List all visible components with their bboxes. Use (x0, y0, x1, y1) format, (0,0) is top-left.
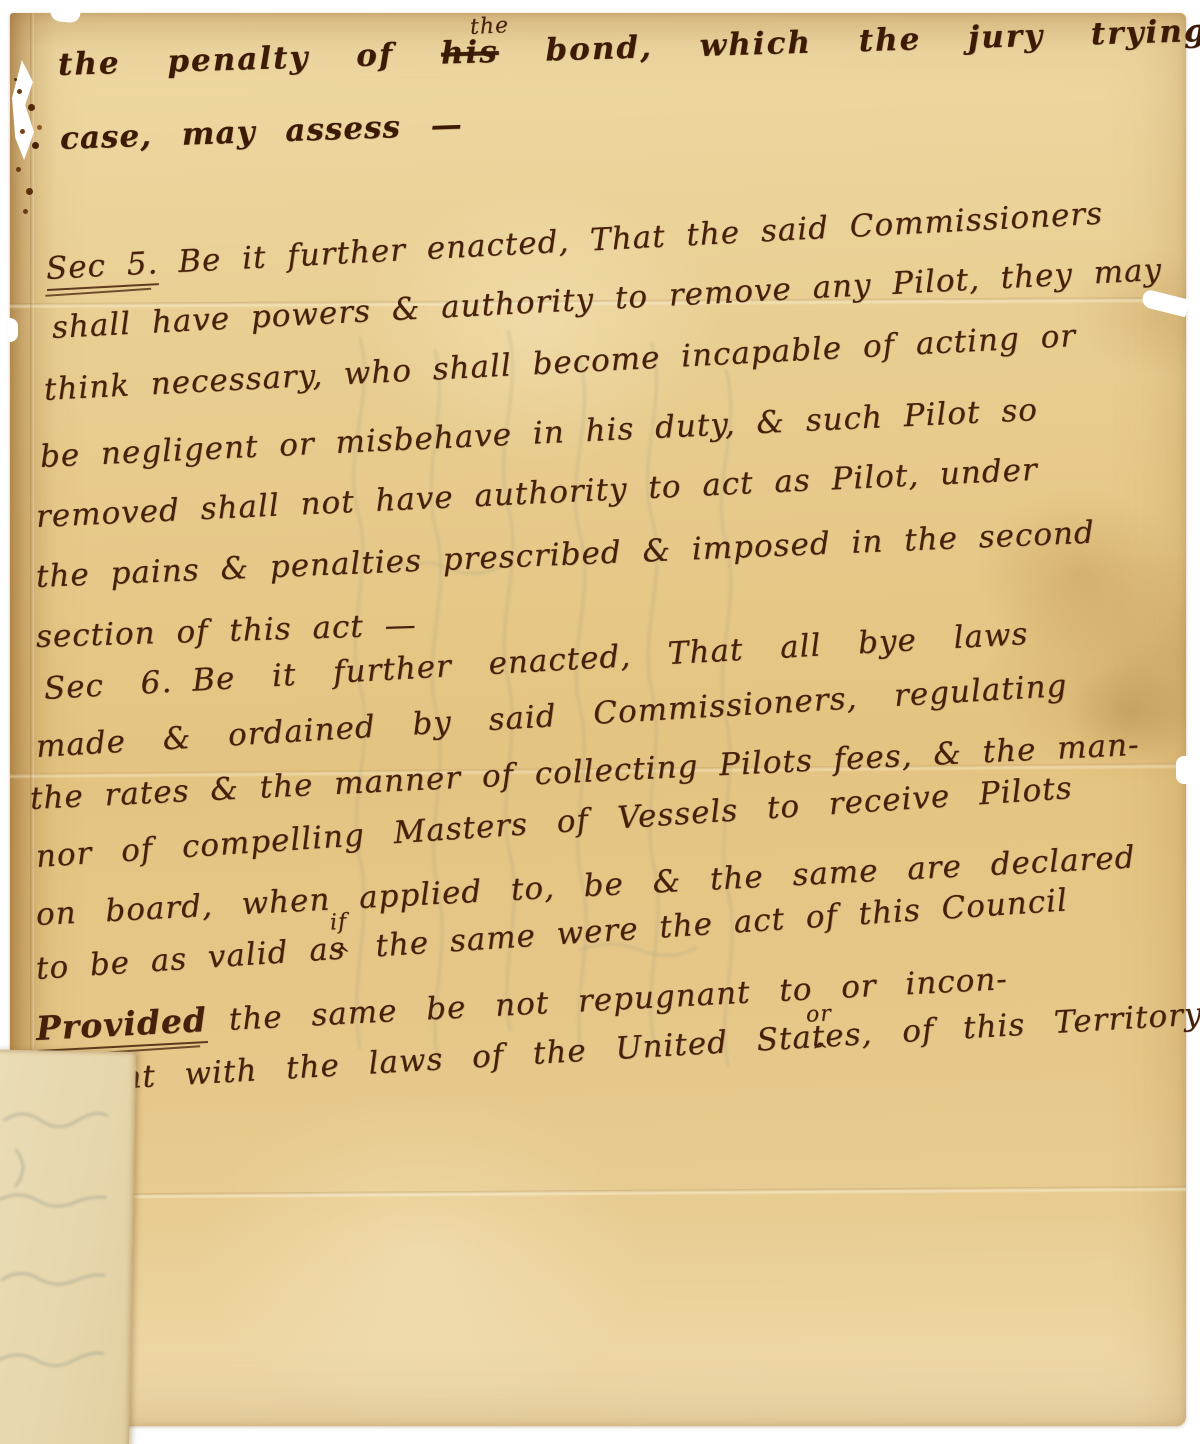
underlying-page-ghost-writing (0, 1080, 127, 1422)
section5-heading: Sec 5. (45, 245, 159, 291)
proviso-heading: Provided (35, 1000, 208, 1052)
inserted-word-if: if (329, 910, 347, 936)
inserted-word-or: or (805, 1001, 832, 1027)
ink-specks (14, 78, 17, 81)
edge-notch-right-lower (1176, 756, 1190, 784)
scanned-manuscript-page: the penalty of his bond, which the jury … (0, 0, 1200, 1444)
inserted-word-the: the (469, 13, 509, 40)
insertion-caret-or: ^ (811, 1037, 829, 1062)
fold-crease-vertical (30, 13, 34, 1058)
underlying-page (0, 1050, 136, 1444)
line1-pre: the penalty of (57, 37, 394, 83)
section6-heading: Sec 6. (43, 664, 173, 707)
insertion-caret-if: ^ (333, 941, 351, 966)
edge-notch-left (8, 318, 18, 342)
